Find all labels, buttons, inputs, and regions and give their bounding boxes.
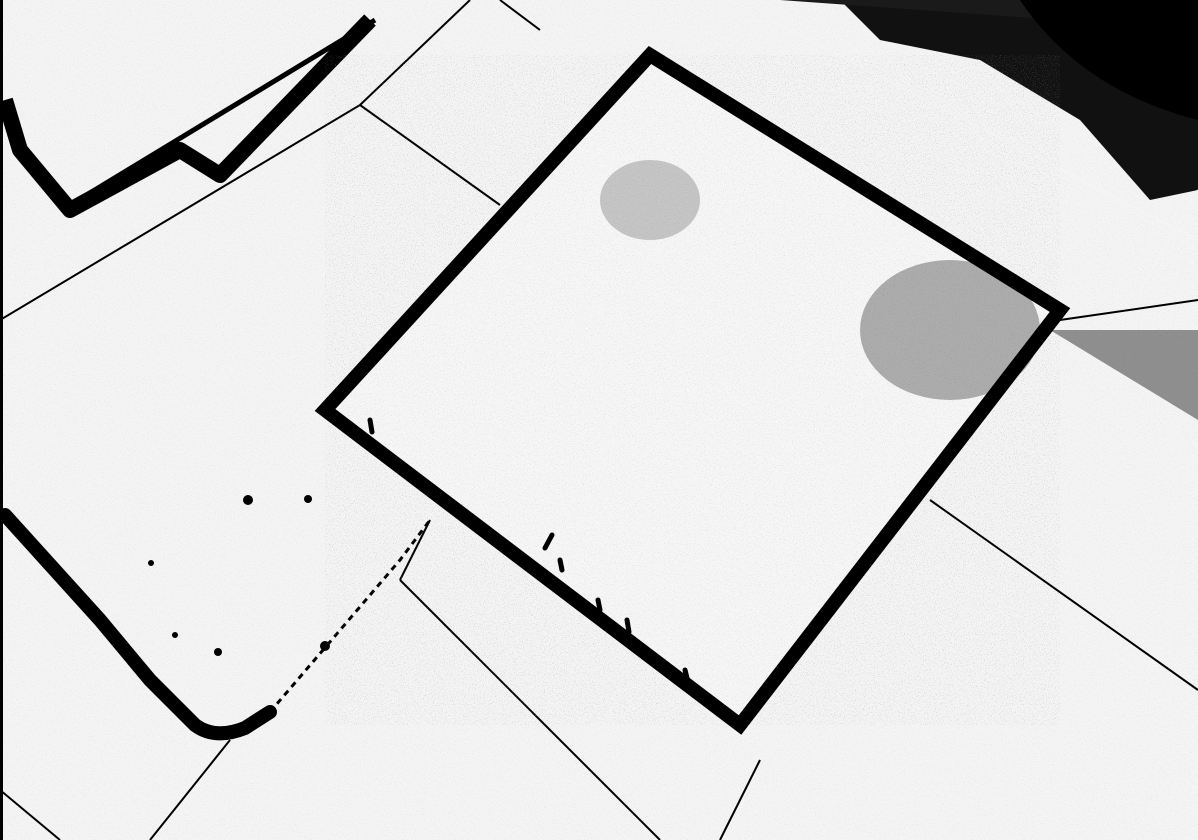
photo-scene bbox=[0, 0, 1198, 840]
